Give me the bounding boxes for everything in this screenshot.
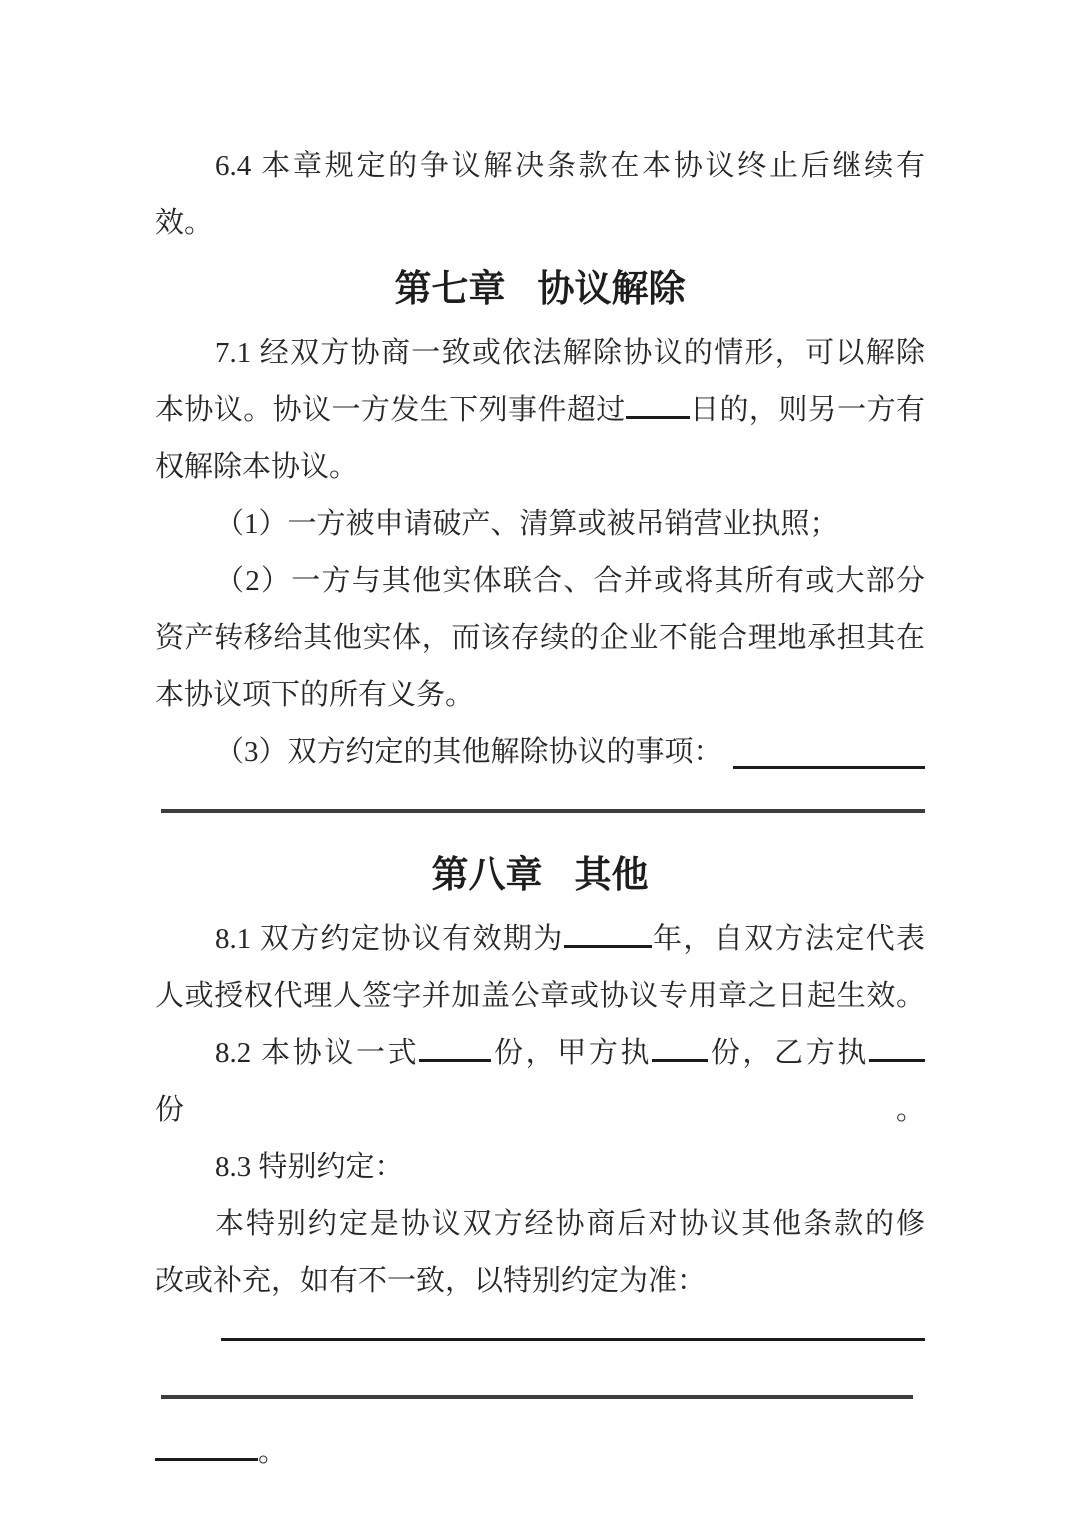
blank-special-terms-line-1 xyxy=(221,1338,925,1341)
termination-item-2-line-2: 资产转移给其他实体，而该存续的企业不能合理地承担其在 xyxy=(155,610,925,667)
blank-days xyxy=(626,412,690,419)
blank-other-termination-matters xyxy=(733,724,925,769)
clause-7-1-line-3: 权解除本协议。 xyxy=(155,439,925,496)
clause-6-4-line-1: 6.4 本章规定的争议解决条款在本协议终止后继续有 xyxy=(155,138,925,195)
chapter-7-number: 第七章 xyxy=(395,260,506,317)
chapter-8-heading: 第八章 其他 xyxy=(155,846,925,903)
clause-8-1-line-1: 8.1 双方约定协议有效期为年，自双方法定代表 xyxy=(155,911,925,968)
special-terms-blank-row-1 xyxy=(155,1310,925,1367)
clause-8-2-seg-1: 8.2 本协议一式 xyxy=(215,1037,419,1069)
clause-8-2-seg-3: 份，乙方执 xyxy=(708,1037,869,1069)
clause-8-2-seg-4: 份。 xyxy=(155,1094,925,1126)
blank-special-terms-line-3 xyxy=(155,1454,258,1461)
chapter-7-heading: 第七章 协议解除 xyxy=(155,260,925,317)
blank-party-b-copies xyxy=(869,1055,925,1062)
blank-continuation-row xyxy=(155,781,925,838)
clause-8-2-seg-2: 份，甲方执 xyxy=(491,1037,652,1069)
clause-8-3-label: 8.3 特别约定： xyxy=(155,1139,925,1196)
contract-page: 6.4 本章规定的争议解决条款在本协议终止后继续有 效。 第七章 协议解除 7.… xyxy=(0,0,1080,1527)
clause-8-3-body-line-2: 改或补充，如有不一致，以特别约定为准： xyxy=(155,1253,925,1310)
termination-item-3: （3）双方约定的其他解除协议的事项： xyxy=(155,724,925,781)
termination-item-3-label: （3）双方约定的其他解除协议的事项： xyxy=(155,724,723,781)
clause-7-1-line-2: 本协议。协议一方发生下列事件超过日的，则另一方有 xyxy=(155,382,925,439)
blank-party-a-copies xyxy=(652,1055,708,1062)
blank-other-termination-matters-line-2 xyxy=(161,809,925,813)
clause-8-2: 8.2 本协议一式份，甲方执份，乙方执份。 xyxy=(155,1025,925,1139)
termination-item-2-line-1: （2）一方与其他实体联合、合并或将其所有或大部分 xyxy=(155,553,925,610)
termination-item-2-line-3: 本协议项下的所有义务。 xyxy=(155,667,925,724)
clause-7-1-line-2-after: 日的，则另一方有 xyxy=(690,394,925,426)
special-terms-blank-row-3: 。 xyxy=(155,1424,925,1481)
clause-8-1-line-1-after: 年，自双方法定代表 xyxy=(652,923,925,955)
chapter-8-title: 其他 xyxy=(575,846,649,903)
blank-special-terms-line-2 xyxy=(161,1395,913,1399)
clause-7-1-line-1: 7.1 经双方协商一致或依法解除协议的情形，可以解除 xyxy=(155,325,925,382)
clause-7-1-line-2-before: 本协议。协议一方发生下列事件超过 xyxy=(155,394,626,426)
termination-item-1: （1）一方被申请破产、清算或被吊销营业执照； xyxy=(155,496,925,553)
special-terms-blank-row-2 xyxy=(155,1367,925,1424)
clause-8-1-line-1-before: 8.1 双方约定协议有效期为 xyxy=(215,923,564,955)
clause-8-3-body-line-1: 本特别约定是协议双方经协商后对协议其他条款的修 xyxy=(155,1196,925,1253)
chapter-8-number: 第八章 xyxy=(432,846,543,903)
trailing-period: 。 xyxy=(258,1436,287,1468)
clause-6-4-line-2: 效。 xyxy=(155,195,925,252)
clause-8-1-line-2: 人或授权代理人签字并加盖公章或协议专用章之日起生效。 xyxy=(155,968,925,1025)
blank-validity-years xyxy=(564,941,652,948)
blank-copies-total xyxy=(419,1055,491,1062)
chapter-7-title: 协议解除 xyxy=(538,260,686,317)
